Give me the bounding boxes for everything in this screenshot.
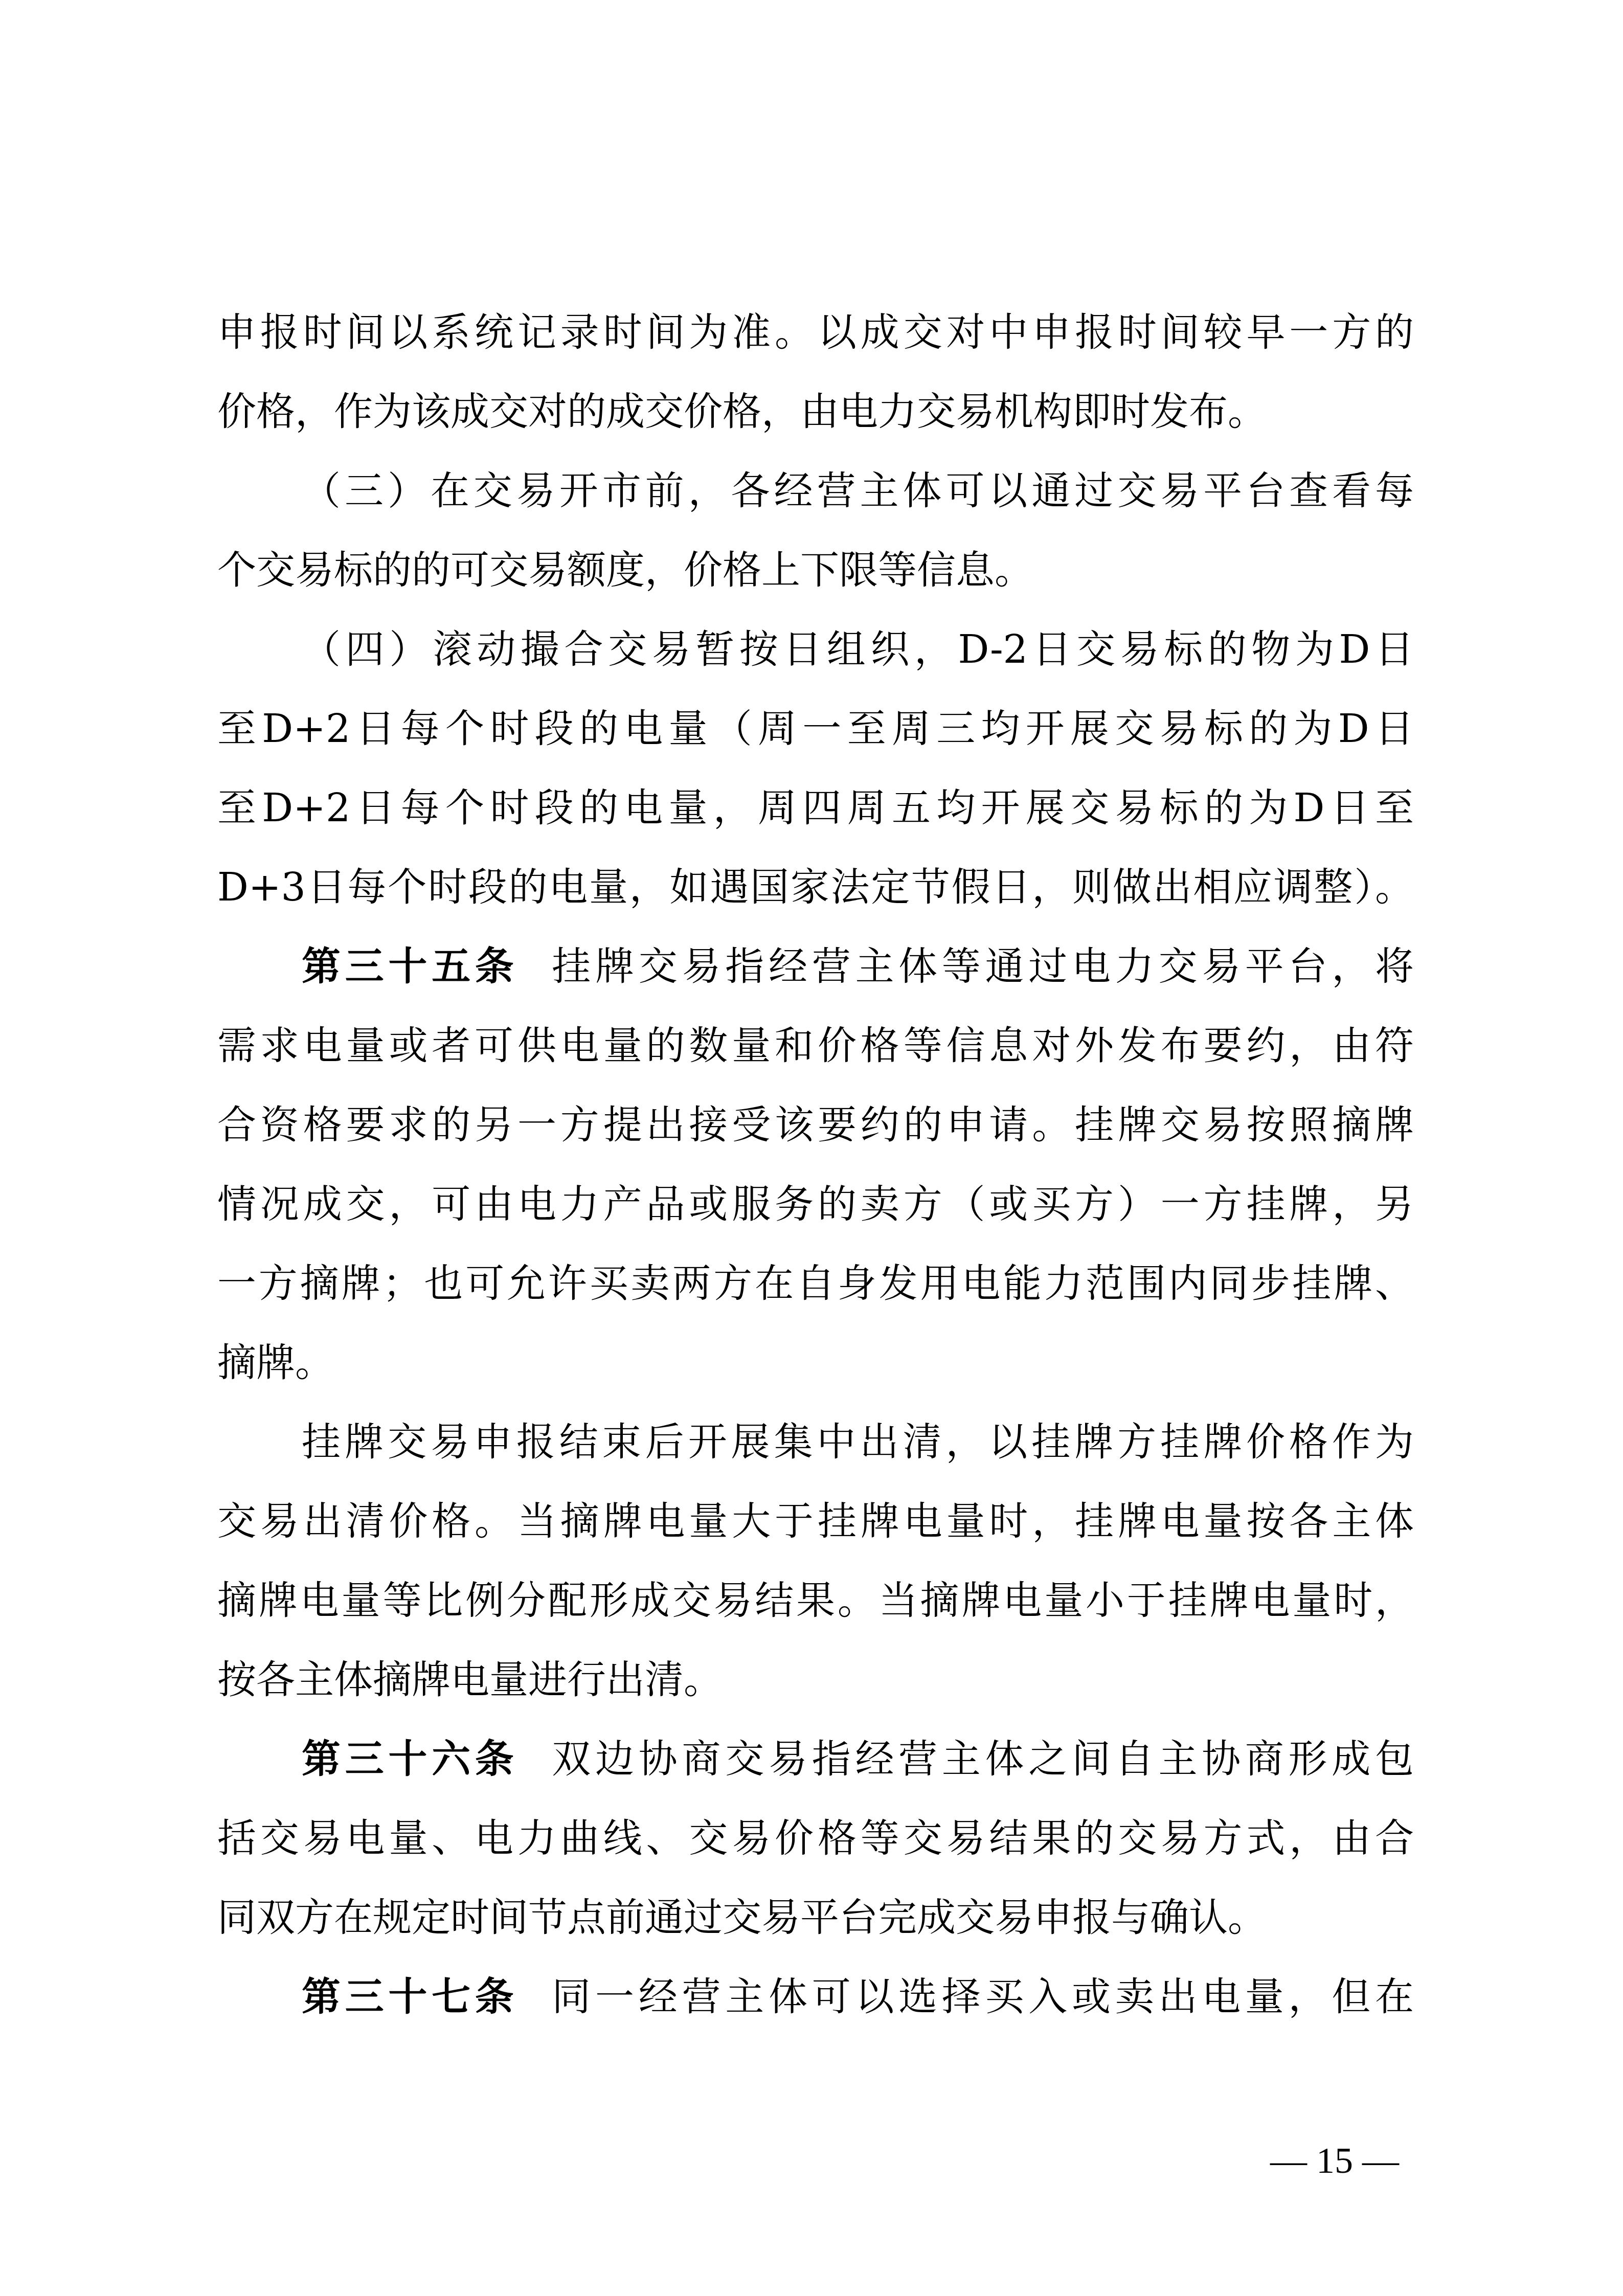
paragraph-line: 情况成交，可由电力产品或服务的卖方（或买方）一方挂牌，另 (217, 1176, 1414, 1232)
paragraph-line: 交易出清价格。当摘牌电量大于挂牌电量时，挂牌电量按各主体 (217, 1493, 1414, 1549)
paragraph-text: 挂牌交易指经营主体等通过电力交易平台，将 (552, 943, 1414, 989)
paragraph-line: 一方摘牌；也可允许买卖两方在自身发用电能力范围内同步挂牌、 (217, 1255, 1414, 1312)
paragraph-line: 申报时间以系统记录时间为准。以成交对中申报时间较早一方的 (217, 304, 1414, 361)
paragraph-text: 双边协商交易指经营主体之间自主协商形成包 (552, 1736, 1414, 1782)
article-heading: 第三十七条 (302, 1974, 519, 2019)
paragraph-line: 括交易电量、电力曲线、交易价格等交易结果的交易方式，由合 (217, 1810, 1414, 1866)
paragraph-line: 挂牌交易申报结束后开展集中出清，以挂牌方挂牌价格作为 (302, 1414, 1414, 1470)
paragraph-line: D+3日每个时段的电量，如遇国家法定节假日，则做出相应调整）。 (217, 859, 1414, 915)
article-37-first-line: 第三十七条 同一经营主体可以选择买入或卖出电量，但在 (302, 1969, 1414, 2025)
paragraph-line: 按各主体摘牌电量进行出清。 (217, 1652, 1414, 1708)
paragraph-line: 价格，作为该成交对的成交价格，由电力交易机构即时发布。 (217, 384, 1414, 440)
paragraph-line: （三）在交易开市前，各经营主体可以通过交易平台查看每 (302, 463, 1414, 519)
page-number: — 15 — (1255, 2135, 1414, 2186)
paragraph-line: 合资格要求的另一方提出接受该要约的申请。挂牌交易按照摘牌 (217, 1097, 1414, 1153)
article-heading: 第三十六条 (302, 1736, 519, 1782)
article-heading: 第三十五条 (302, 943, 519, 989)
paragraph-text: 同一经营主体可以选择买入或卖出电量，但在 (552, 1974, 1414, 2019)
paragraph-line: （四）滚动撮合交易暂按日组织，D-2日交易标的物为D日 (302, 621, 1414, 678)
paragraph-line: 个交易标的的可交易额度，价格上下限等信息。 (217, 542, 1414, 598)
paragraph-line: 需求电量或者可供电量的数量和价格等信息对外发布要约，由符 (217, 1018, 1414, 1074)
paragraph-line: 至D+2日每个时段的电量，周四周五均开展交易标的为D日至 (217, 780, 1414, 836)
document-page: 申报时间以系统记录时间为准。以成交对中申报时间较早一方的 价格，作为该成交对的成… (0, 0, 1623, 2296)
paragraph-line: 摘牌电量等比例分配形成交易结果。当摘牌电量小于挂牌电量时， (217, 1572, 1414, 1629)
paragraph-line: 摘牌。 (217, 1335, 1414, 1391)
paragraph-line: 至D+2日每个时段的电量（周一至周三均开展交易标的为D日 (217, 701, 1414, 757)
paragraph-line: 同双方在规定时间节点前通过交易平台完成交易申报与确认。 (217, 1889, 1414, 1946)
article-35-first-line: 第三十五条 挂牌交易指经营主体等通过电力交易平台，将 (302, 938, 1414, 995)
article-36-first-line: 第三十六条 双边协商交易指经营主体之间自主协商形成包 (302, 1731, 1414, 1787)
